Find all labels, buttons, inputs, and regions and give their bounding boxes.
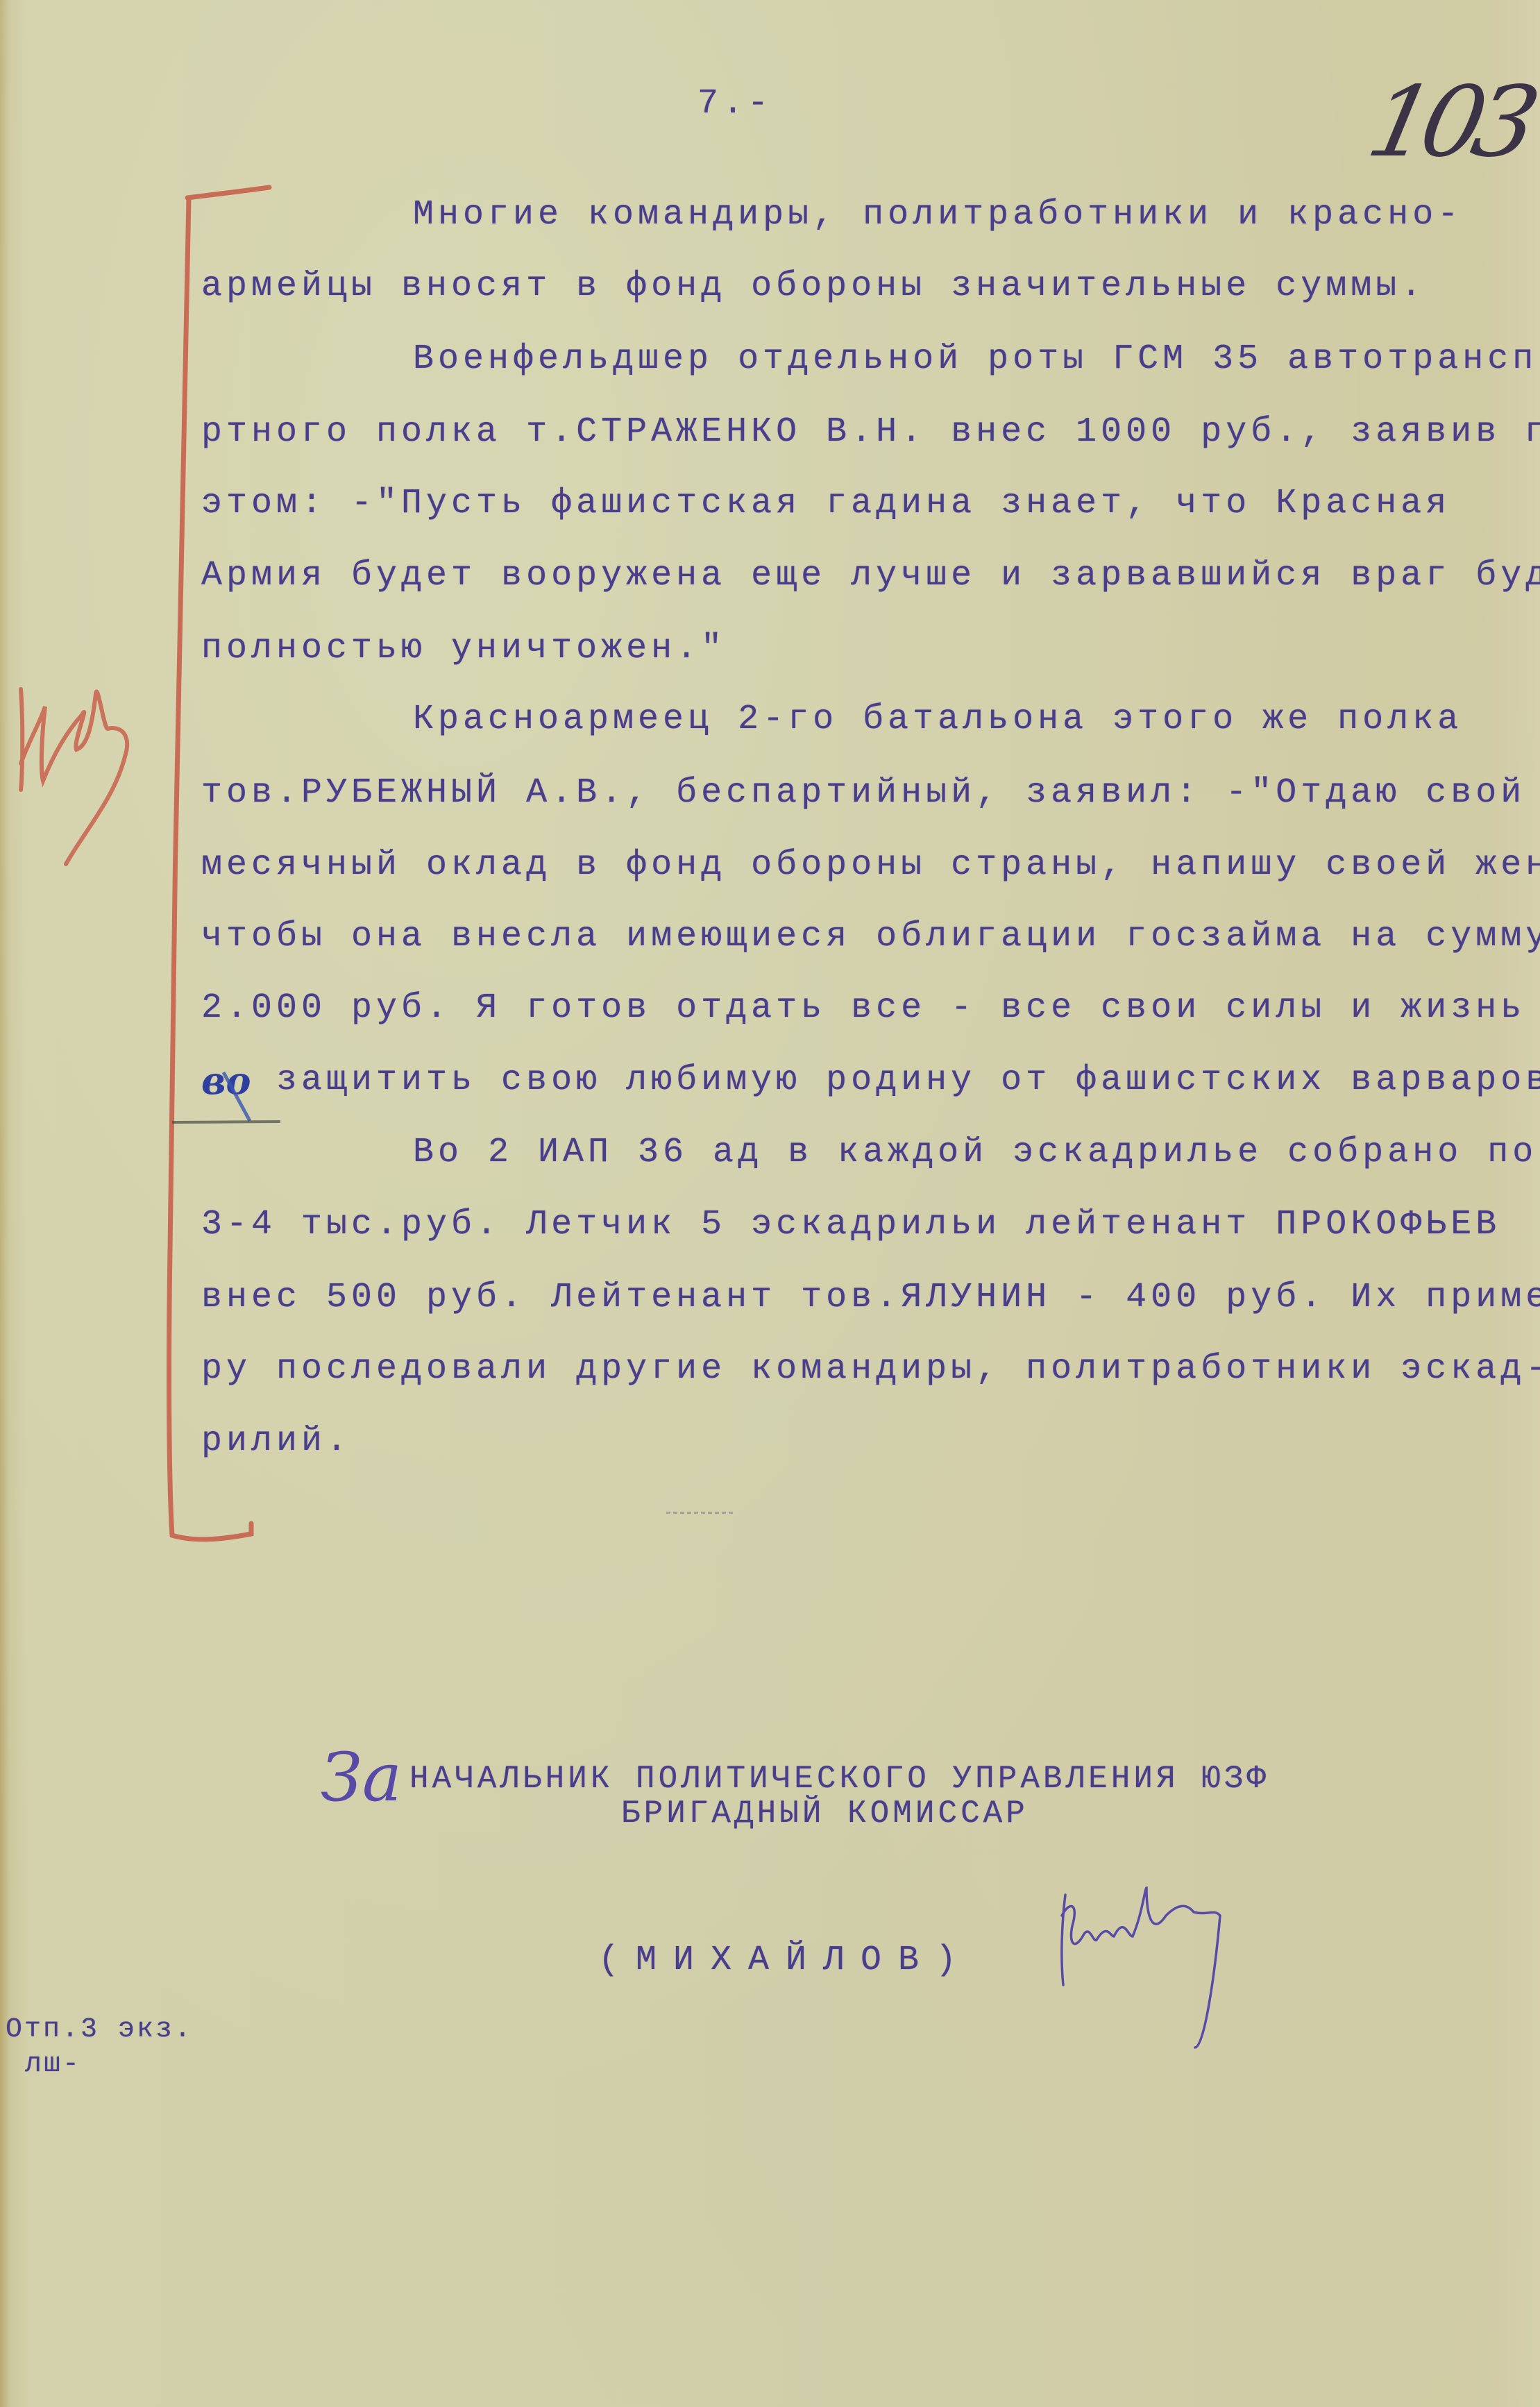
page-number: 7.- [697, 87, 772, 121]
typist-initials: лш- [25, 2051, 81, 2079]
body-line: 2.000 руб. Я готов отдать все - все свои… [201, 991, 1525, 1026]
body-line: 3-4 тыс.руб. Летчик 5 эскадрильи лейтена… [201, 1208, 1500, 1242]
body-line: полностью уничтожен." [201, 632, 726, 666]
body-line: ртного полка т.СТРАЖЕНКО В.Н. внес 1000 … [201, 415, 1540, 450]
body-line: Армия будет вооружена еще лучше и зарвав… [201, 559, 1540, 593]
body-line: Во 2 ИАП 36 ад в каждой эскадрилье собра… [413, 1135, 1537, 1170]
body-line: Многие командиры, политработники и красн… [413, 198, 1462, 233]
body-line: этом: -"Пусть фашистская гадина знает, ч… [201, 487, 1450, 521]
signatory-name: (МИХАЙЛОВ) [598, 1943, 973, 1978]
body-line: тов.РУБЕЖНЫЙ А.В., беспартийный, заявил:… [201, 776, 1525, 811]
handwritten-insert: во [201, 1058, 251, 1103]
body-line: Красноармеец 2-го батальона этого же пол… [413, 702, 1462, 737]
body-line: ру последовали другие командиры, политра… [201, 1352, 1540, 1387]
signatory-title-line1: НАЧАЛЬНИК ПОЛИТИЧЕСКОГО УПРАВЛЕНИЯ ЮЗФ [409, 1763, 1269, 1795]
body-line: защитить свою любимую родину от фашистск… [201, 1063, 1540, 1098]
faint-separator [666, 1512, 736, 1514]
body-line: рилий. [201, 1424, 351, 1459]
body-line: чтобы она внесла имеющиеся облигации гос… [201, 920, 1540, 954]
body-line: внес 500 руб. Лейтенант тов.ЯЛУНИН - 400… [201, 1281, 1540, 1315]
copies-note: Отп.3 экз. [6, 2016, 193, 2044]
handwritten-prefix-za: За [321, 1739, 402, 1816]
body-line: Военфельдшер отдельной роты ГСМ 35 автот… [413, 342, 1540, 377]
signatory-title-line2: БРИГАДНЫЙ КОМИССАР [621, 1798, 1029, 1830]
body-line: месячный оклад в фонд обороны страны, на… [201, 848, 1540, 883]
archive-sheet-number: 103 [1359, 66, 1539, 179]
body-line: армейцы вносят в фонд обороны значительн… [201, 269, 1425, 304]
